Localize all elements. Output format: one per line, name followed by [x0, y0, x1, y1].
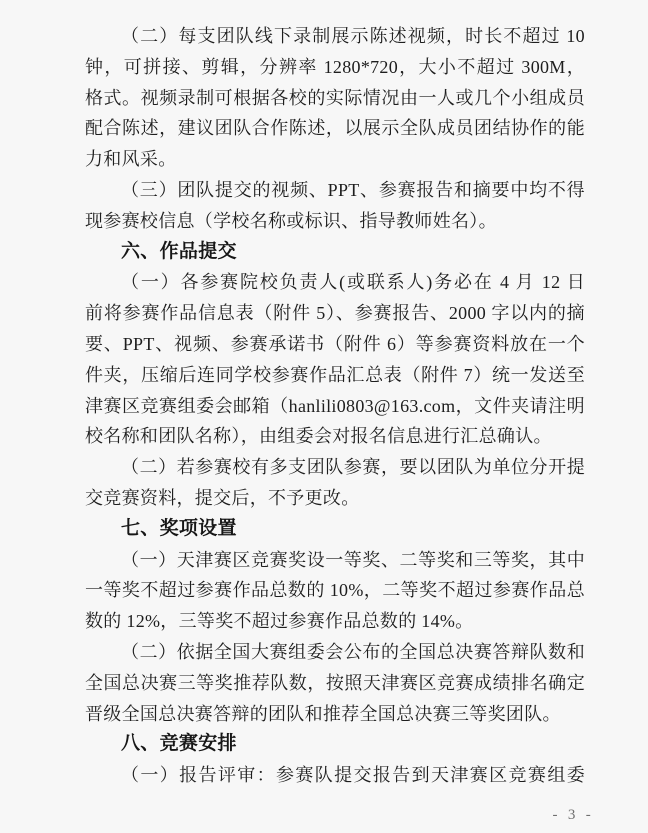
- text-line: 晋级全国总决赛答辩的团队和推荐全国总决赛三等奖团队。: [85, 699, 585, 730]
- text-line: 七、奖项设置: [85, 514, 585, 545]
- text-line: 前将参赛作品信息表（附件 5）、参赛报告、2000 字以内的摘: [85, 298, 585, 329]
- text-line: 八、竞赛安排: [85, 729, 585, 760]
- text-line: 力和风采。: [85, 144, 585, 175]
- text-line: 一等奖不超过参赛作品总数的 10%，二等奖不超过参赛作品总: [85, 575, 585, 606]
- text-line: 全国总决赛三等奖推荐队数，按照天津赛区竞赛成绩排名确定: [85, 668, 585, 699]
- text-line: 交竞赛资料，提交后，不予更改。: [85, 483, 585, 514]
- text-line: 现参赛校信息（学校名称或标识、指导教师姓名）。: [85, 206, 585, 237]
- paragraph-award-ratios: （一）天津赛区竞赛奖设一等奖、二等奖和三等奖，其中一等奖不超过参赛作品总数的 1…: [85, 545, 585, 637]
- text-line: 件夹，压缩后连同学校参赛作品汇总表（附件 7）统一发送至天: [85, 360, 585, 391]
- text-line: （一）天津赛区竞赛奖设一等奖、二等奖和三等奖，其中: [85, 545, 585, 576]
- document-page: （二）每支团队线下录制展示陈述视频，时长不超过 10 分钟，可拼接、剪辑，分辨率…: [0, 0, 648, 833]
- heading-section-7: 七、奖项设置: [85, 514, 585, 545]
- text-line: 配合陈述，建议团队合作陈述，以展示全队成员团结协作的能: [85, 113, 585, 144]
- paragraph-national-final: （二）依据全国大赛组委会公布的全国总决赛答辩队数和全国总决赛三等奖推荐队数，按照…: [85, 637, 585, 729]
- heading-section-8: 八、竞赛安排: [85, 729, 585, 760]
- text-line: 格式。视频录制可根据各校的实际情况由一人或几个小组成员: [85, 83, 585, 114]
- paragraph-multiple-teams: （二）若参赛校有多支团队参赛，要以团队为单位分开提交竞赛资料，提交后，不予更改。: [85, 452, 585, 514]
- heading-section-6: 六、作品提交: [85, 237, 585, 268]
- paragraph-submission-instructions: （一）各参赛院校负责人(或联系人)务必在 4 月 12 日 20:00前将参赛作…: [85, 267, 585, 452]
- page-number: - 3 -: [553, 804, 595, 826]
- text-line: 要、PPT、视频、参赛承诺书（附件 6）等参赛资料放在一个文: [85, 329, 585, 360]
- text-line: （一）报告评审：参赛队提交报告到天津赛区竞赛组委会，: [85, 760, 585, 791]
- text-line: 六、作品提交: [85, 237, 585, 268]
- text-line: 数的 12%，三等奖不超过参赛作品总数的 14%。: [85, 606, 585, 637]
- document-body: （二）每支团队线下录制展示陈述视频，时长不超过 10 分钟，可拼接、剪辑，分辨率…: [85, 21, 585, 791]
- text-line: （二）依据全国大赛组委会公布的全国总决赛答辩队数和: [85, 637, 585, 668]
- text-line: 校名称和团队名称），由组委会对报名信息进行汇总确认。: [85, 421, 585, 452]
- text-line: （二）每支团队线下录制展示陈述视频，时长不超过 10 分: [85, 21, 585, 52]
- text-line: （三）团队提交的视频、PPT、参赛报告和摘要中均不得出: [85, 175, 585, 206]
- text-line: （一）各参赛院校负责人(或联系人)务必在 4 月 12 日 20:00: [85, 267, 585, 298]
- paragraph-video-recording: （二）每支团队线下录制展示陈述视频，时长不超过 10 分钟，可拼接、剪辑，分辨率…: [85, 21, 585, 175]
- paragraph-report-review: （一）报告评审：参赛队提交报告到天津赛区竞赛组委会，: [85, 760, 585, 791]
- text-line: （二）若参赛校有多支团队参赛，要以团队为单位分开提: [85, 452, 585, 483]
- text-line: 津赛区竞赛组委会邮箱（hanlili0803@163.com，文件夹请注明学: [85, 391, 585, 422]
- text-line: 钟，可拼接、剪辑，分辨率 1280*720，大小不超过 300M，MP4: [85, 52, 585, 83]
- paragraph-no-school-info: （三）团队提交的视频、PPT、参赛报告和摘要中均不得出现参赛校信息（学校名称或标…: [85, 175, 585, 237]
